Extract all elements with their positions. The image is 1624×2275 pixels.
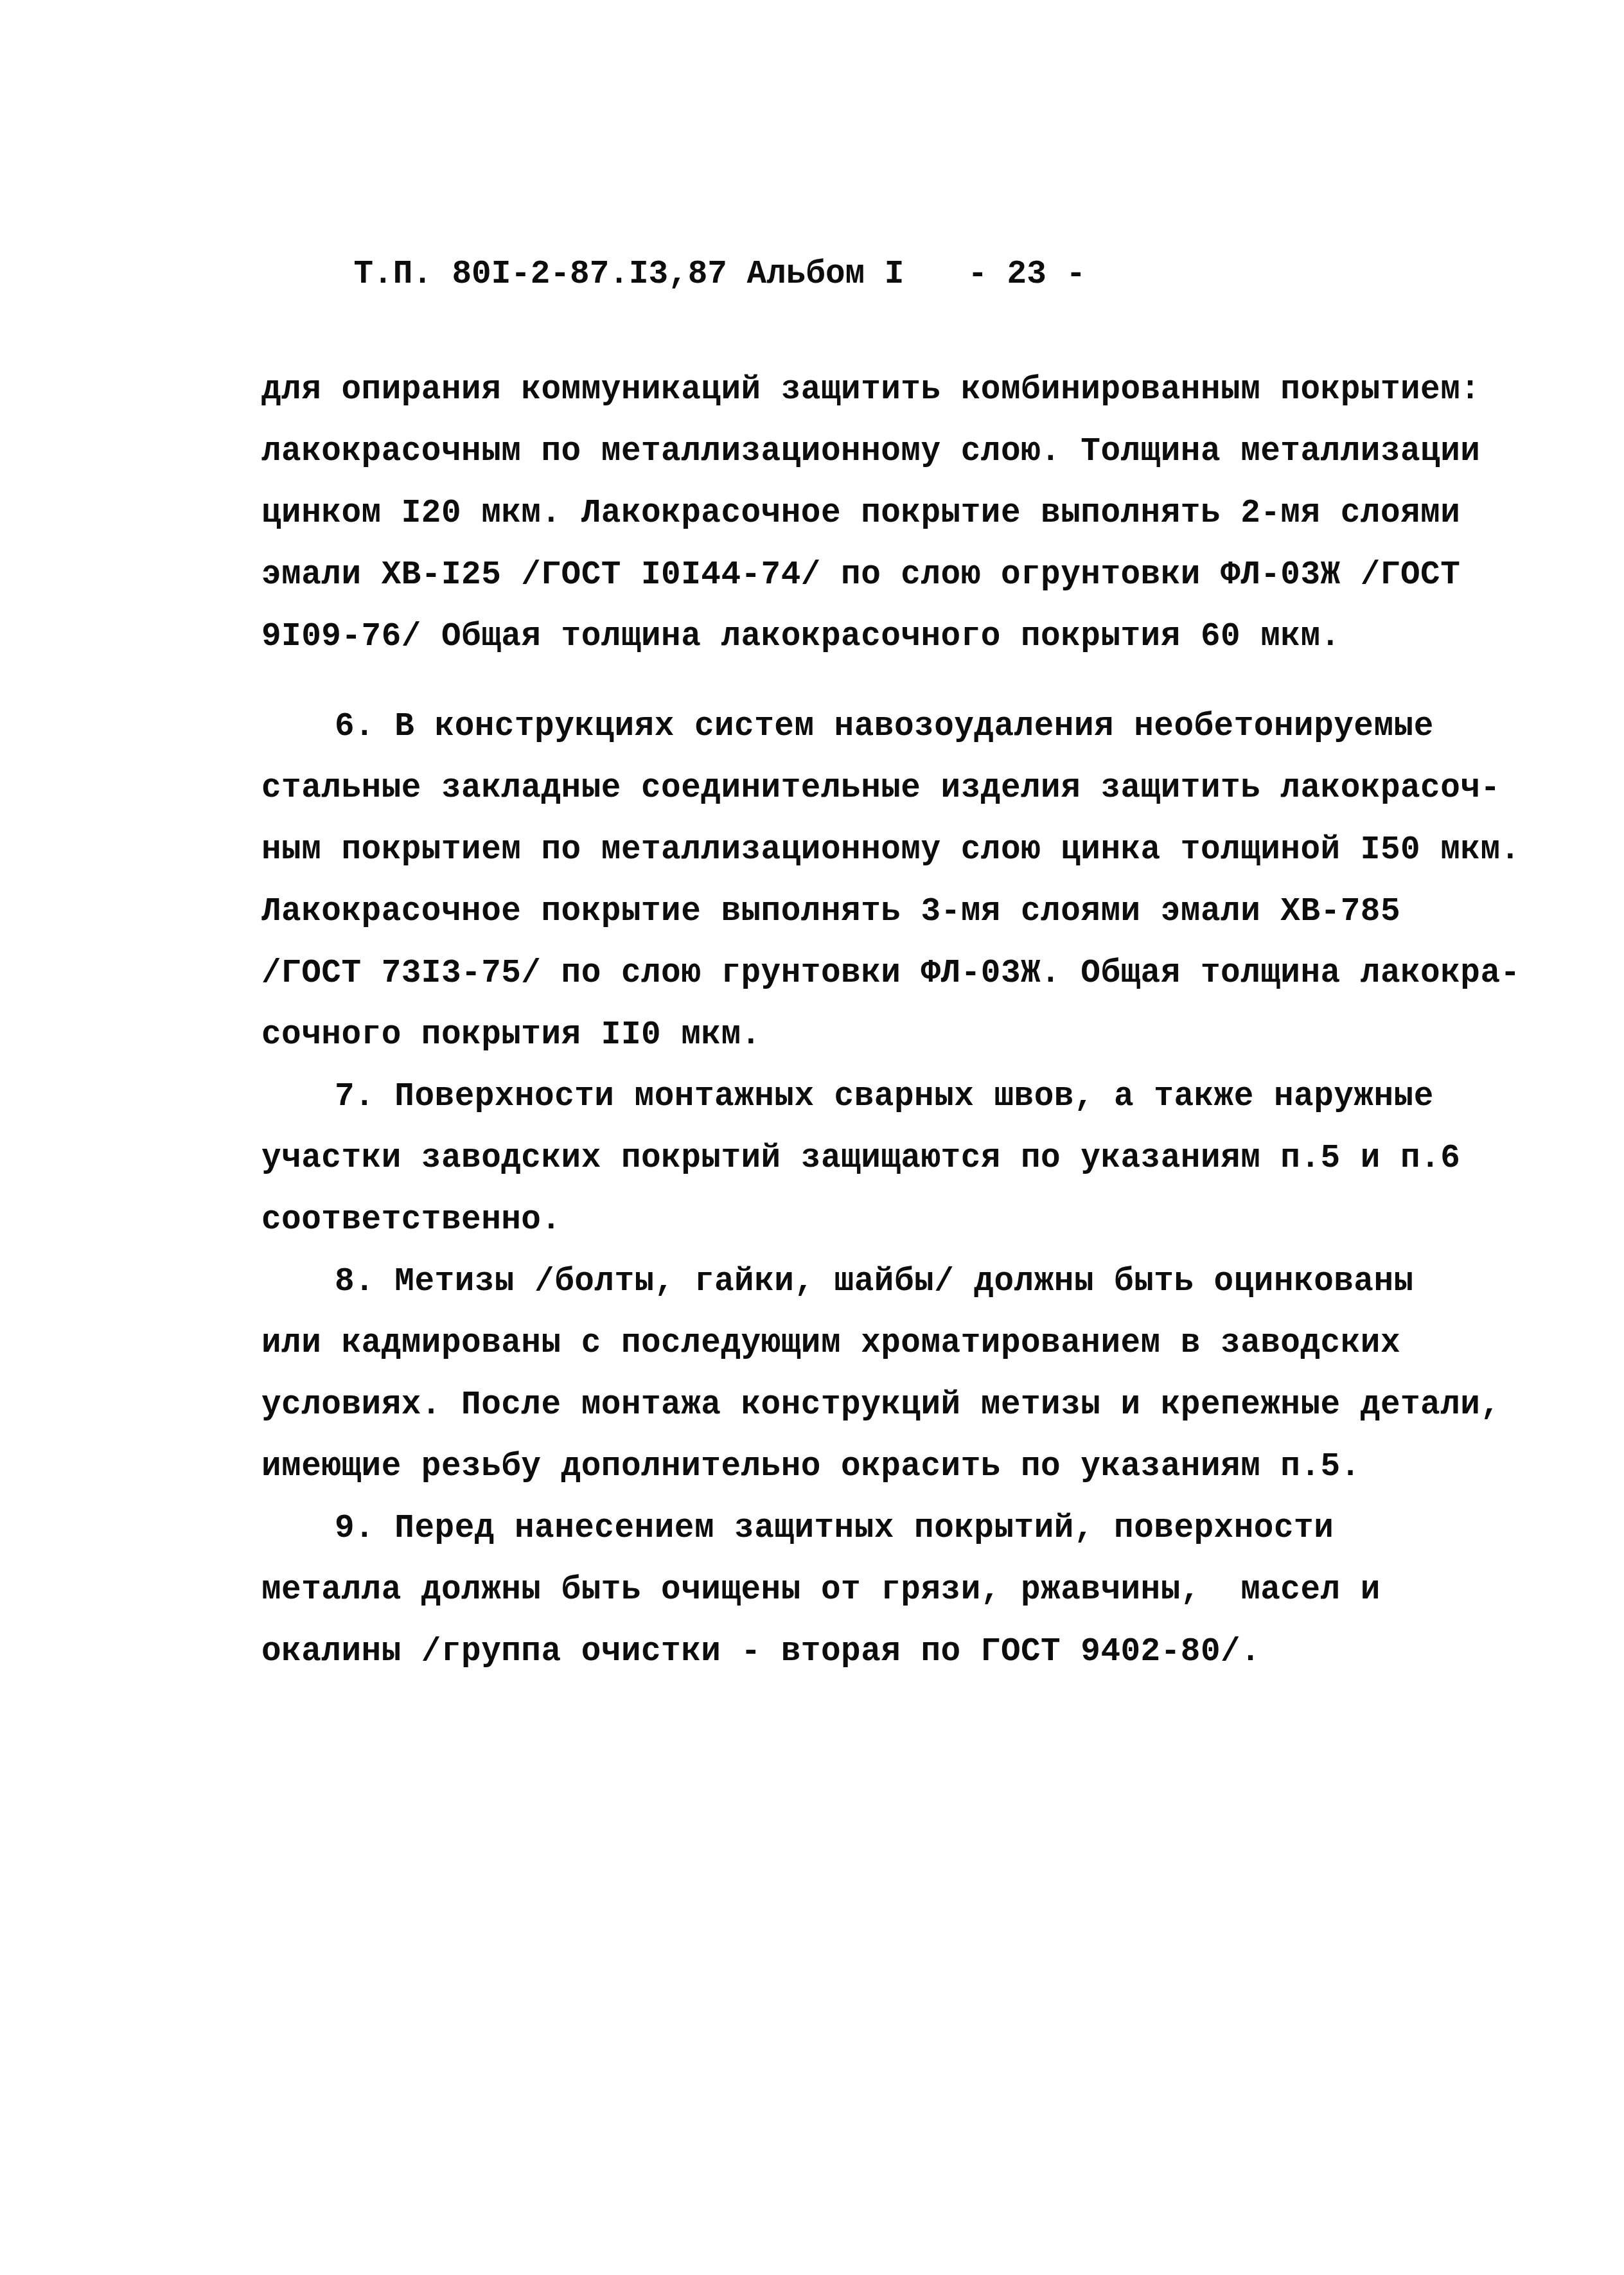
text-line-paragraph-9-start: 9. Перед нанесением защитных покрытий, п… — [261, 1498, 1540, 1560]
text-line-paragraph-7-start: 7. Поверхности монтажных сварных швов, а… — [261, 1067, 1540, 1128]
text-line: или кадмированы с последующим хроматиров… — [261, 1313, 1540, 1375]
page-number: - 23 - — [967, 256, 1086, 294]
text-line: металла должны быть очищены от грязи, рж… — [261, 1560, 1540, 1622]
scanned-document-page: Т.П. 80I-2-87.I3,87 Альбом I- 23 - для о… — [0, 0, 1624, 2275]
text-line: соответственно. — [261, 1190, 1540, 1252]
text-line-paragraph-6-start: 6. В конструкциях систем навозоудаления … — [261, 696, 1540, 758]
text-line: условиях. После монтажа конструкций мети… — [261, 1375, 1540, 1437]
text-line-paragraph-8-start: 8. Метизы /болты, гайки, шайбы/ должны б… — [261, 1252, 1540, 1313]
text-line: цинком I20 мкм. Лакокрасочное покрытие в… — [261, 483, 1540, 545]
text-line: эмали ХВ-I25 /ГОСТ I0I44-74/ по слою огр… — [261, 545, 1540, 606]
text-line: лакокрасочным по металлизационному слою.… — [261, 421, 1540, 483]
text-line: окалины /группа очистки - вторая по ГОСТ… — [261, 1622, 1540, 1683]
text-line: 9I09-76/ Общая толщина лакокрасочного по… — [261, 606, 1540, 668]
text-line: сочного покрытия II0 мкм. — [261, 1005, 1540, 1067]
text-line: участки заводских покрытий защищаются по… — [261, 1128, 1540, 1190]
text-line: ным покрытием по металлизационному слою … — [261, 820, 1540, 881]
document-body: для опирания коммуникаций защитить комби… — [261, 360, 1540, 1683]
text-line: для опирания коммуникаций защитить комби… — [261, 360, 1540, 421]
text-line: стальные закладные соединительные издели… — [261, 758, 1540, 820]
text-line: Лакокрасочное покрытие выполнять 3-мя сл… — [261, 881, 1540, 943]
text-line: /ГОСТ 73I3-75/ по слою грунтовки ФЛ-03Ж.… — [261, 943, 1540, 1005]
doc-reference: Т.П. 80I-2-87.I3,87 Альбом I — [353, 256, 904, 293]
text-line: имеющие резьбу дополнительно окрасить по… — [261, 1437, 1540, 1498]
page-header: Т.П. 80I-2-87.I3,87 Альбом I- 23 - — [275, 217, 1086, 333]
